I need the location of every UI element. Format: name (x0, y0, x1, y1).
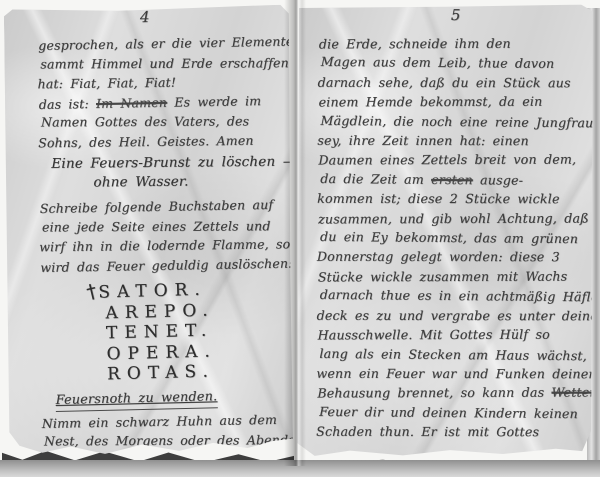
charm-heading: Eine Feuers-Brunst zu löschen — (51, 153, 282, 174)
handwriting-line: wenn ein Feuer war und Funken deiner (316, 364, 578, 384)
handwriting-line: eine jede Seite eines Zettels und (42, 216, 285, 237)
handwriting-line-with-correction: Behausung brennet, so kann das Wetter (317, 383, 579, 403)
handwriting-line: du ein Ey bekommst, das am grünen (320, 227, 582, 249)
left-page-text: gesprochen, als er die vier Elemente sam… (38, 33, 285, 471)
handwriting-line: die Erde, schneide ihm den (319, 34, 581, 54)
handwriting-line: einem Hemde bekommst, da ein (319, 92, 581, 112)
line-text: da die Zeit am (320, 171, 431, 187)
handwriting-line: gesprochen, als er die vier Elemente (38, 32, 281, 56)
handwriting-line: Namen Gottes des Vaters, des (41, 111, 284, 132)
struck-word: ersten (431, 172, 473, 187)
left-page: 4 gesprochen, als er die vier Elemente s… (4, 5, 293, 460)
page-number-right: 5 (451, 6, 461, 24)
next-charm-heading: Feuersnoth zu wenden. (55, 386, 217, 412)
handwriting-line: Magen aus dem Leib, thue davon (321, 52, 583, 74)
sator-square: †SATOR. AREPO. TENET. OPERA. ROTAS. (86, 278, 239, 386)
handwriting-line: Sohns, des Heil. Geistes. Amen (38, 130, 281, 152)
handwriting-line: lang als ein Stecken am Haus wächst, (319, 343, 581, 365)
handwriting-line: kommen ist; diese 2 Stücke wickle (317, 189, 579, 209)
handwriting-line-with-correction: da die Zeit am ersten ausge- (320, 169, 582, 191)
line-text: ausge- (473, 172, 523, 187)
handwriting-line: sammt Himmel und Erde erschaffen (40, 53, 283, 74)
handwriting-line: Schreibe folgende Buchstaben auf (40, 195, 283, 219)
handwriting-line: Stücke wickle zusammen mit Wachs (318, 266, 580, 286)
sator-row-text: SATOR. (98, 280, 207, 303)
handwriting-line: Hausschwelle. Mit Gottes Hülf so (318, 325, 580, 345)
handwriting-line: deck es zu und vergrabe es unter deine (317, 305, 579, 325)
handwriting-line: Nest, des Morgens oder des Abends, (44, 430, 287, 451)
handwriting-line: Daumen eines Zettels breit von dem, (318, 150, 580, 170)
handwriting-line: Mägdlein, die noch eine reine Jungfrau (320, 111, 582, 133)
page-number-left: 4 (140, 8, 150, 26)
handwriting-line: Donnerstag gelegt worden: diese 3 (317, 247, 579, 267)
struck-word: Im Namen (96, 94, 167, 110)
handwriting-line: Feuer dir und deinen Kindern keinen (319, 402, 581, 424)
sator-row: ROTAS. (88, 361, 238, 386)
handwriting-line: Schaden thun. Er ist mit Gottes (316, 422, 578, 442)
bottom-page-stack (0, 460, 600, 477)
manuscript-scan: 4 gesprochen, als er die vier Elemente s… (0, 0, 600, 477)
handwriting-line: darnach sehe, daß du ein Stück aus (318, 73, 580, 93)
cross-ornament-icon: † (84, 281, 98, 303)
handwriting-line: wird das Feuer geduldig auslöschen: (40, 253, 283, 277)
handwriting-line: sey, ihre Zeit innen hat: einen (317, 131, 579, 151)
handwriting-line: zusammen, und gib wohl Achtung, daß (318, 208, 580, 228)
line-text: das ist: (39, 96, 97, 112)
handwriting-line: darnach thue es in ein achtmäßig Häflein… (320, 285, 582, 307)
line-text: Behausung brennet, so kann das (317, 385, 551, 401)
struck-word: Wetter (551, 385, 595, 400)
line-text: Es werde im (167, 93, 261, 110)
right-page-text: die Erde, schneide ihm den Magen aus dem… (317, 33, 581, 442)
right-page: 5 die Erde, schneide ihm den Magen aus d… (297, 3, 593, 462)
sator-row: AREPO. (87, 299, 237, 324)
sator-row: OPERA. (88, 340, 238, 365)
charm-heading-line2: ohne Wasser. (39, 172, 242, 192)
